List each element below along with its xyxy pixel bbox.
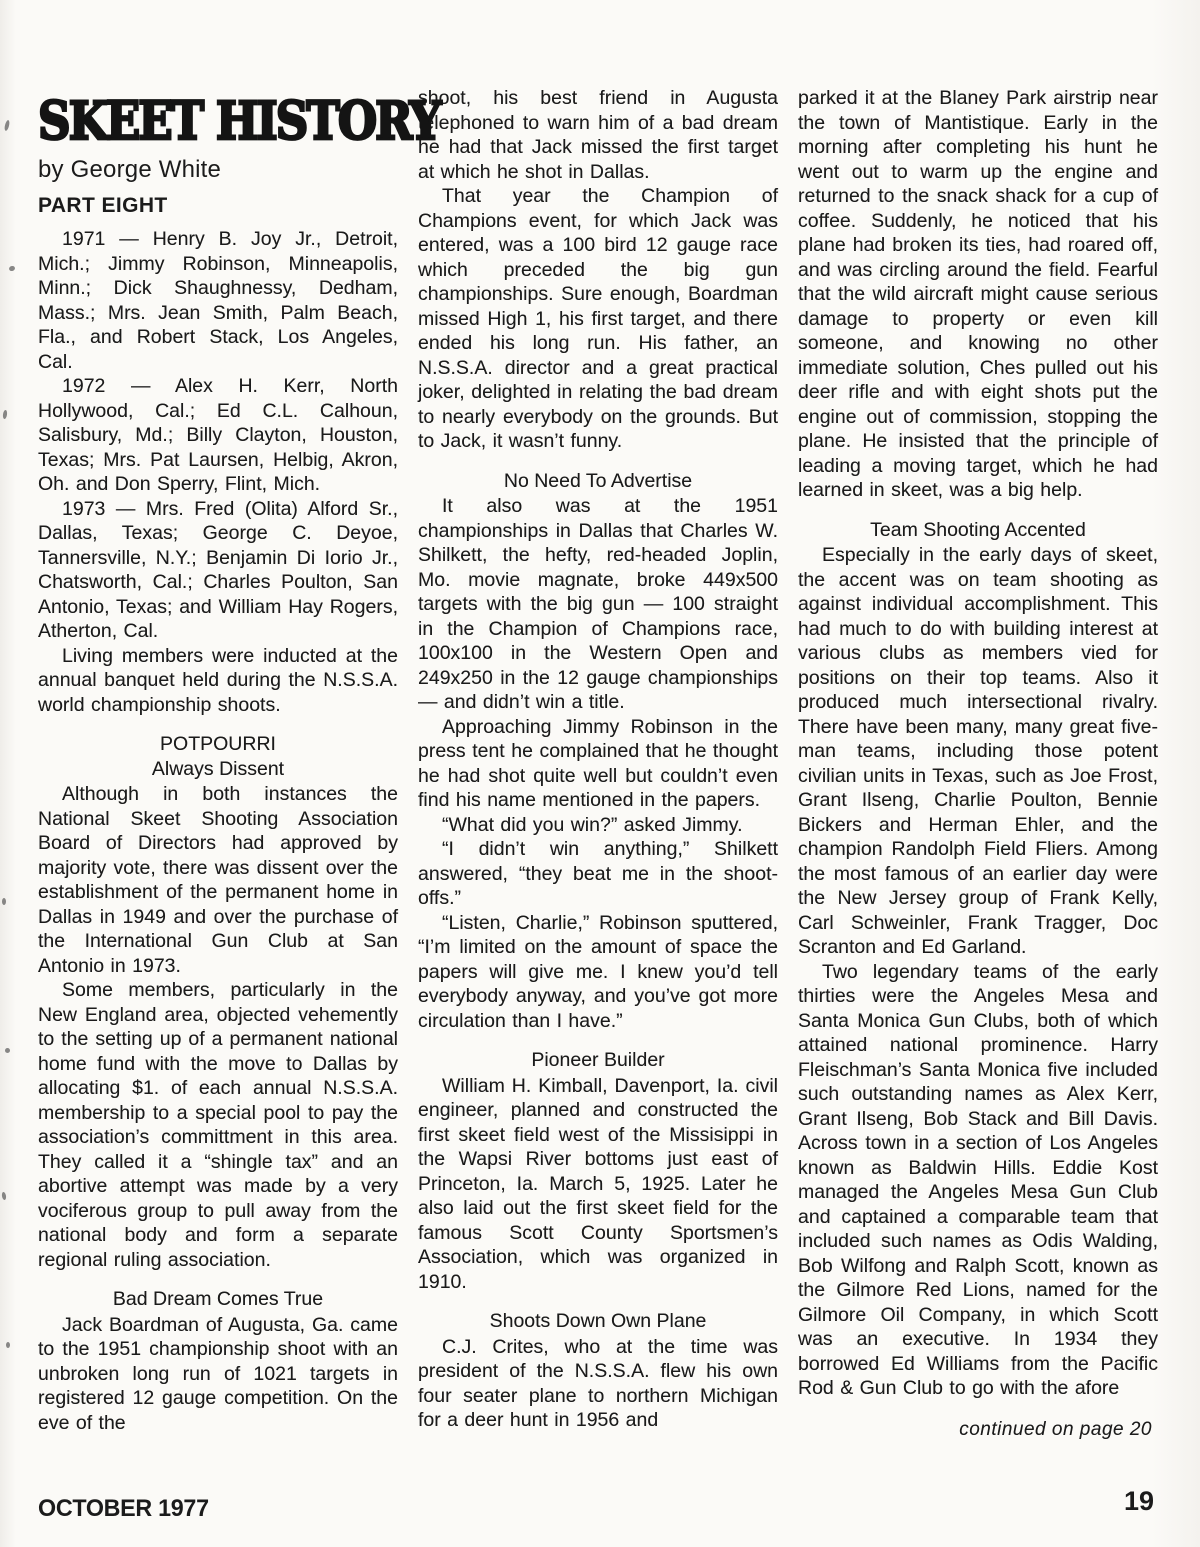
paragraph-living-members: Living members were inducted at the annu… bbox=[38, 644, 398, 718]
paragraph-legendary-teams: Two legendary teams of the early thirtie… bbox=[798, 960, 1158, 1401]
scan-speck bbox=[4, 120, 11, 132]
scan-speck bbox=[2, 898, 6, 905]
section-heading-bad-dream: Bad Dream Comes True bbox=[38, 1287, 398, 1312]
paragraph-shilkett: It also was at the 1951 championships in… bbox=[418, 494, 778, 715]
section-heading-team-shooting: Team Shooting Accented bbox=[798, 518, 1158, 543]
paragraph-quote-didnt-win: “I didn’t win anything,” Shilkett answer… bbox=[418, 837, 778, 911]
column-1: SKEET HISTORY by George White PART EIGHT… bbox=[38, 86, 398, 1441]
paragraph-crites: C.J. Crites, who at the time was preside… bbox=[418, 1335, 778, 1433]
paragraph-kimball: William H. Kimball, Davenport, Ia. civil… bbox=[418, 1074, 778, 1295]
paragraph-1972-inductees: 1972 — Alex H. Kerr, North Hollywood, Ca… bbox=[38, 374, 398, 497]
article-header: SKEET HISTORY by George White PART EIGHT bbox=[38, 86, 398, 218]
paragraph-1973-inductees: 1973 — Mrs. Fred (Olita) Alford Sr., Dal… bbox=[38, 497, 398, 644]
paragraph-dissent: Although in both instances the National … bbox=[38, 782, 398, 978]
paragraph-quote-what-did-you-win: “What did you win?” asked Jimmy. bbox=[418, 813, 778, 838]
scan-speck bbox=[5, 1048, 10, 1053]
paragraph-quote-listen-charlie: “Listen, Charlie,” Robinson sputtered, “… bbox=[418, 911, 778, 1034]
section-heading-no-need-to-advertise: No Need To Advertise bbox=[418, 469, 778, 494]
paragraph-1971-inductees: 1971 — Henry B. Joy Jr., Detroit, Mich.;… bbox=[38, 227, 398, 374]
scan-speck bbox=[1, 1192, 6, 1201]
paragraph-boardman: Jack Boardman of Augusta, Ga. came to th… bbox=[38, 1313, 398, 1436]
column-2: shoot, his best friend in Augusta teleph… bbox=[418, 86, 778, 1441]
article-content: SKEET HISTORY by George White PART EIGHT… bbox=[38, 86, 1158, 1441]
paragraph-press-tent: Approaching Jimmy Robinson in the press … bbox=[418, 715, 778, 813]
paragraph-team-shooting: Especially in the early days of skeet, t… bbox=[798, 543, 1158, 960]
article-title: SKEET HISTORY bbox=[38, 82, 391, 148]
section-heading-pioneer-builder: Pioneer Builder bbox=[418, 1048, 778, 1073]
scan-speck bbox=[6, 1342, 10, 1348]
byline: by George White bbox=[38, 156, 398, 184]
part-label: PART EIGHT bbox=[38, 194, 398, 218]
footer-issue-date: OCTOBER 1977 bbox=[38, 1495, 209, 1523]
scan-speck bbox=[2, 410, 7, 419]
scan-speck bbox=[8, 265, 15, 272]
section-heading-shoots-down-own-plane: Shoots Down Own Plane bbox=[418, 1309, 778, 1334]
section-subheading-always-dissent: Always Dissent bbox=[38, 757, 398, 782]
section-heading-potpourri: POTPOURRI bbox=[38, 732, 398, 757]
magazine-page: SKEET HISTORY by George White PART EIGHT… bbox=[0, 0, 1200, 1547]
paragraph-crites-continued: parked it at the Blaney Park airstrip ne… bbox=[798, 86, 1158, 503]
continued-note: continued on page 20 bbox=[798, 1419, 1158, 1441]
paragraph-champion-of-champions: That year the Champion of Champions even… bbox=[418, 184, 778, 454]
paragraph-shingle-tax: Some members, particularly in the New En… bbox=[38, 978, 398, 1272]
paragraph-boardman-continued: shoot, his best friend in Augusta teleph… bbox=[418, 86, 778, 184]
footer-page-number: 19 bbox=[1124, 1486, 1154, 1517]
column-3: parked it at the Blaney Park airstrip ne… bbox=[798, 86, 1158, 1441]
